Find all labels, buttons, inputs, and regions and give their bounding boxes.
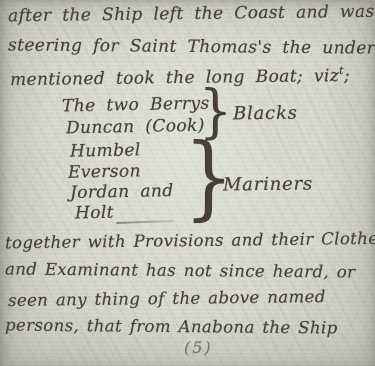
- page-number: (5): [184, 338, 213, 357]
- line-3-text: mentioned took the long Boat; viz: [10, 66, 339, 90]
- handwritten-line-4: together with Provisions and their Cloth…: [5, 229, 375, 253]
- name-two-berrys: The two Berrys: [62, 94, 210, 117]
- handwritten-line-7: persons, that from Anabona the Ship: [5, 316, 338, 338]
- handwritten-line-1: after the Ship left the Coast and was: [8, 2, 375, 26]
- name-humbel: Humbel: [70, 140, 141, 161]
- group-label-blacks: Blacks: [233, 103, 298, 125]
- handwritten-line-2: steering for Saint Thomas's the under-: [8, 35, 375, 58]
- handwritten-line-6: seen any thing of the above named: [8, 287, 326, 310]
- handwritten-line-3: mentioned took the long Boat; vizt;: [10, 64, 350, 90]
- handwritten-line-5: and Examinant has not since heard, or: [5, 259, 356, 281]
- showthrough-texture: [243, 71, 367, 179]
- name-jordan: Jordan and: [70, 181, 174, 203]
- group-label-mariners: Mariners: [223, 173, 313, 195]
- line-3-punctuation: ;: [344, 66, 350, 86]
- flourish-line: [116, 220, 174, 224]
- manuscript-page: after the Ship left the Coast and was st…: [0, 0, 375, 366]
- name-everson: Everson: [68, 161, 141, 182]
- name-holt: Holt: [75, 203, 114, 224]
